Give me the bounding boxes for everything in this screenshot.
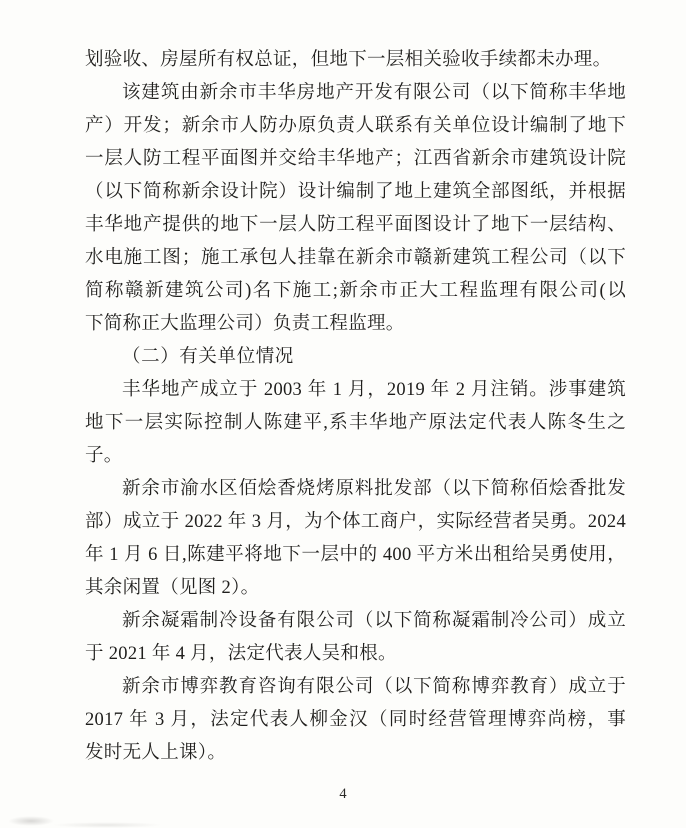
text-line: 产）开发；新余市人防办原负责人联系有关单位设计编制了地下	[85, 110, 626, 143]
text-line: 新余凝霜制冷设备有限公司（以下简称凝霜制冷公司）成立	[85, 605, 626, 638]
text-line: 简称赣新建筑公司)名下施工;新余市正大工程监理有限公司(以	[85, 275, 626, 308]
text-line: 丰华地产提供的地下一层人防工程平面图设计了地下一层结构、	[85, 209, 626, 242]
text-line: 2017 年 3 月，法定代表人柳金汉（同时经营管理博弈尚榜，事	[85, 704, 626, 737]
text-line: 地下一层实际控制人陈建平,系丰华地产原法定代表人陈冬生之	[85, 407, 626, 440]
text-line: 该建筑由新余市丰华房地产开发有限公司（以下简称丰华地	[85, 77, 626, 110]
text-line: 其余闲置（见图 2）。	[85, 572, 626, 605]
text-line: 一层人防工程平面图并交给丰华地产；江西省新余市建筑设计院	[85, 143, 626, 176]
text-line: 丰华地产成立于 2003 年 1 月，2019 年 2 月注销。涉事建筑	[85, 374, 626, 407]
document-body: 划验收、房屋所有权总证，但地下一层相关验收手续都未办理。 该建筑由新余市丰华房地…	[85, 44, 626, 770]
scan-smudge	[52, 822, 162, 828]
page-number: 4	[0, 786, 686, 803]
document-page: 划验收、房屋所有权总证，但地下一层相关验收手续都未办理。 该建筑由新余市丰华房地…	[0, 0, 686, 828]
section-heading: （二）有关单位情况	[85, 341, 626, 374]
text-line: 部）成立于 2022 年 3 月，为个体工商户，实际经营者吴勇。2024	[85, 506, 626, 539]
text-line: 年 1 月 6 日,陈建平将地下一层中的 400 平方米出租给吴勇使用，	[85, 539, 626, 572]
text-line: 于 2021 年 4 月，法定代表人吴和根。	[85, 638, 626, 671]
text-line: 下简称正大监理公司）负责工程监理。	[85, 308, 626, 341]
text-line: 新余市渝水区佰烩香烧烤原料批发部（以下简称佰烩香批发	[85, 473, 626, 506]
text-line: 发时无人上课）。	[85, 737, 626, 770]
text-line: （以下简称新余设计院）设计编制了地上建筑全部图纸，并根据	[85, 176, 626, 209]
text-line: 水电施工图；施工承包人挂靠在新余市赣新建筑工程公司（以下	[85, 242, 626, 275]
scan-smudge	[8, 816, 54, 826]
text-line: 子。	[85, 440, 626, 473]
text-line: 新余市博弈教育咨询有限公司（以下简称博弈教育）成立于	[85, 671, 626, 704]
text-line: 划验收、房屋所有权总证，但地下一层相关验收手续都未办理。	[85, 44, 626, 77]
